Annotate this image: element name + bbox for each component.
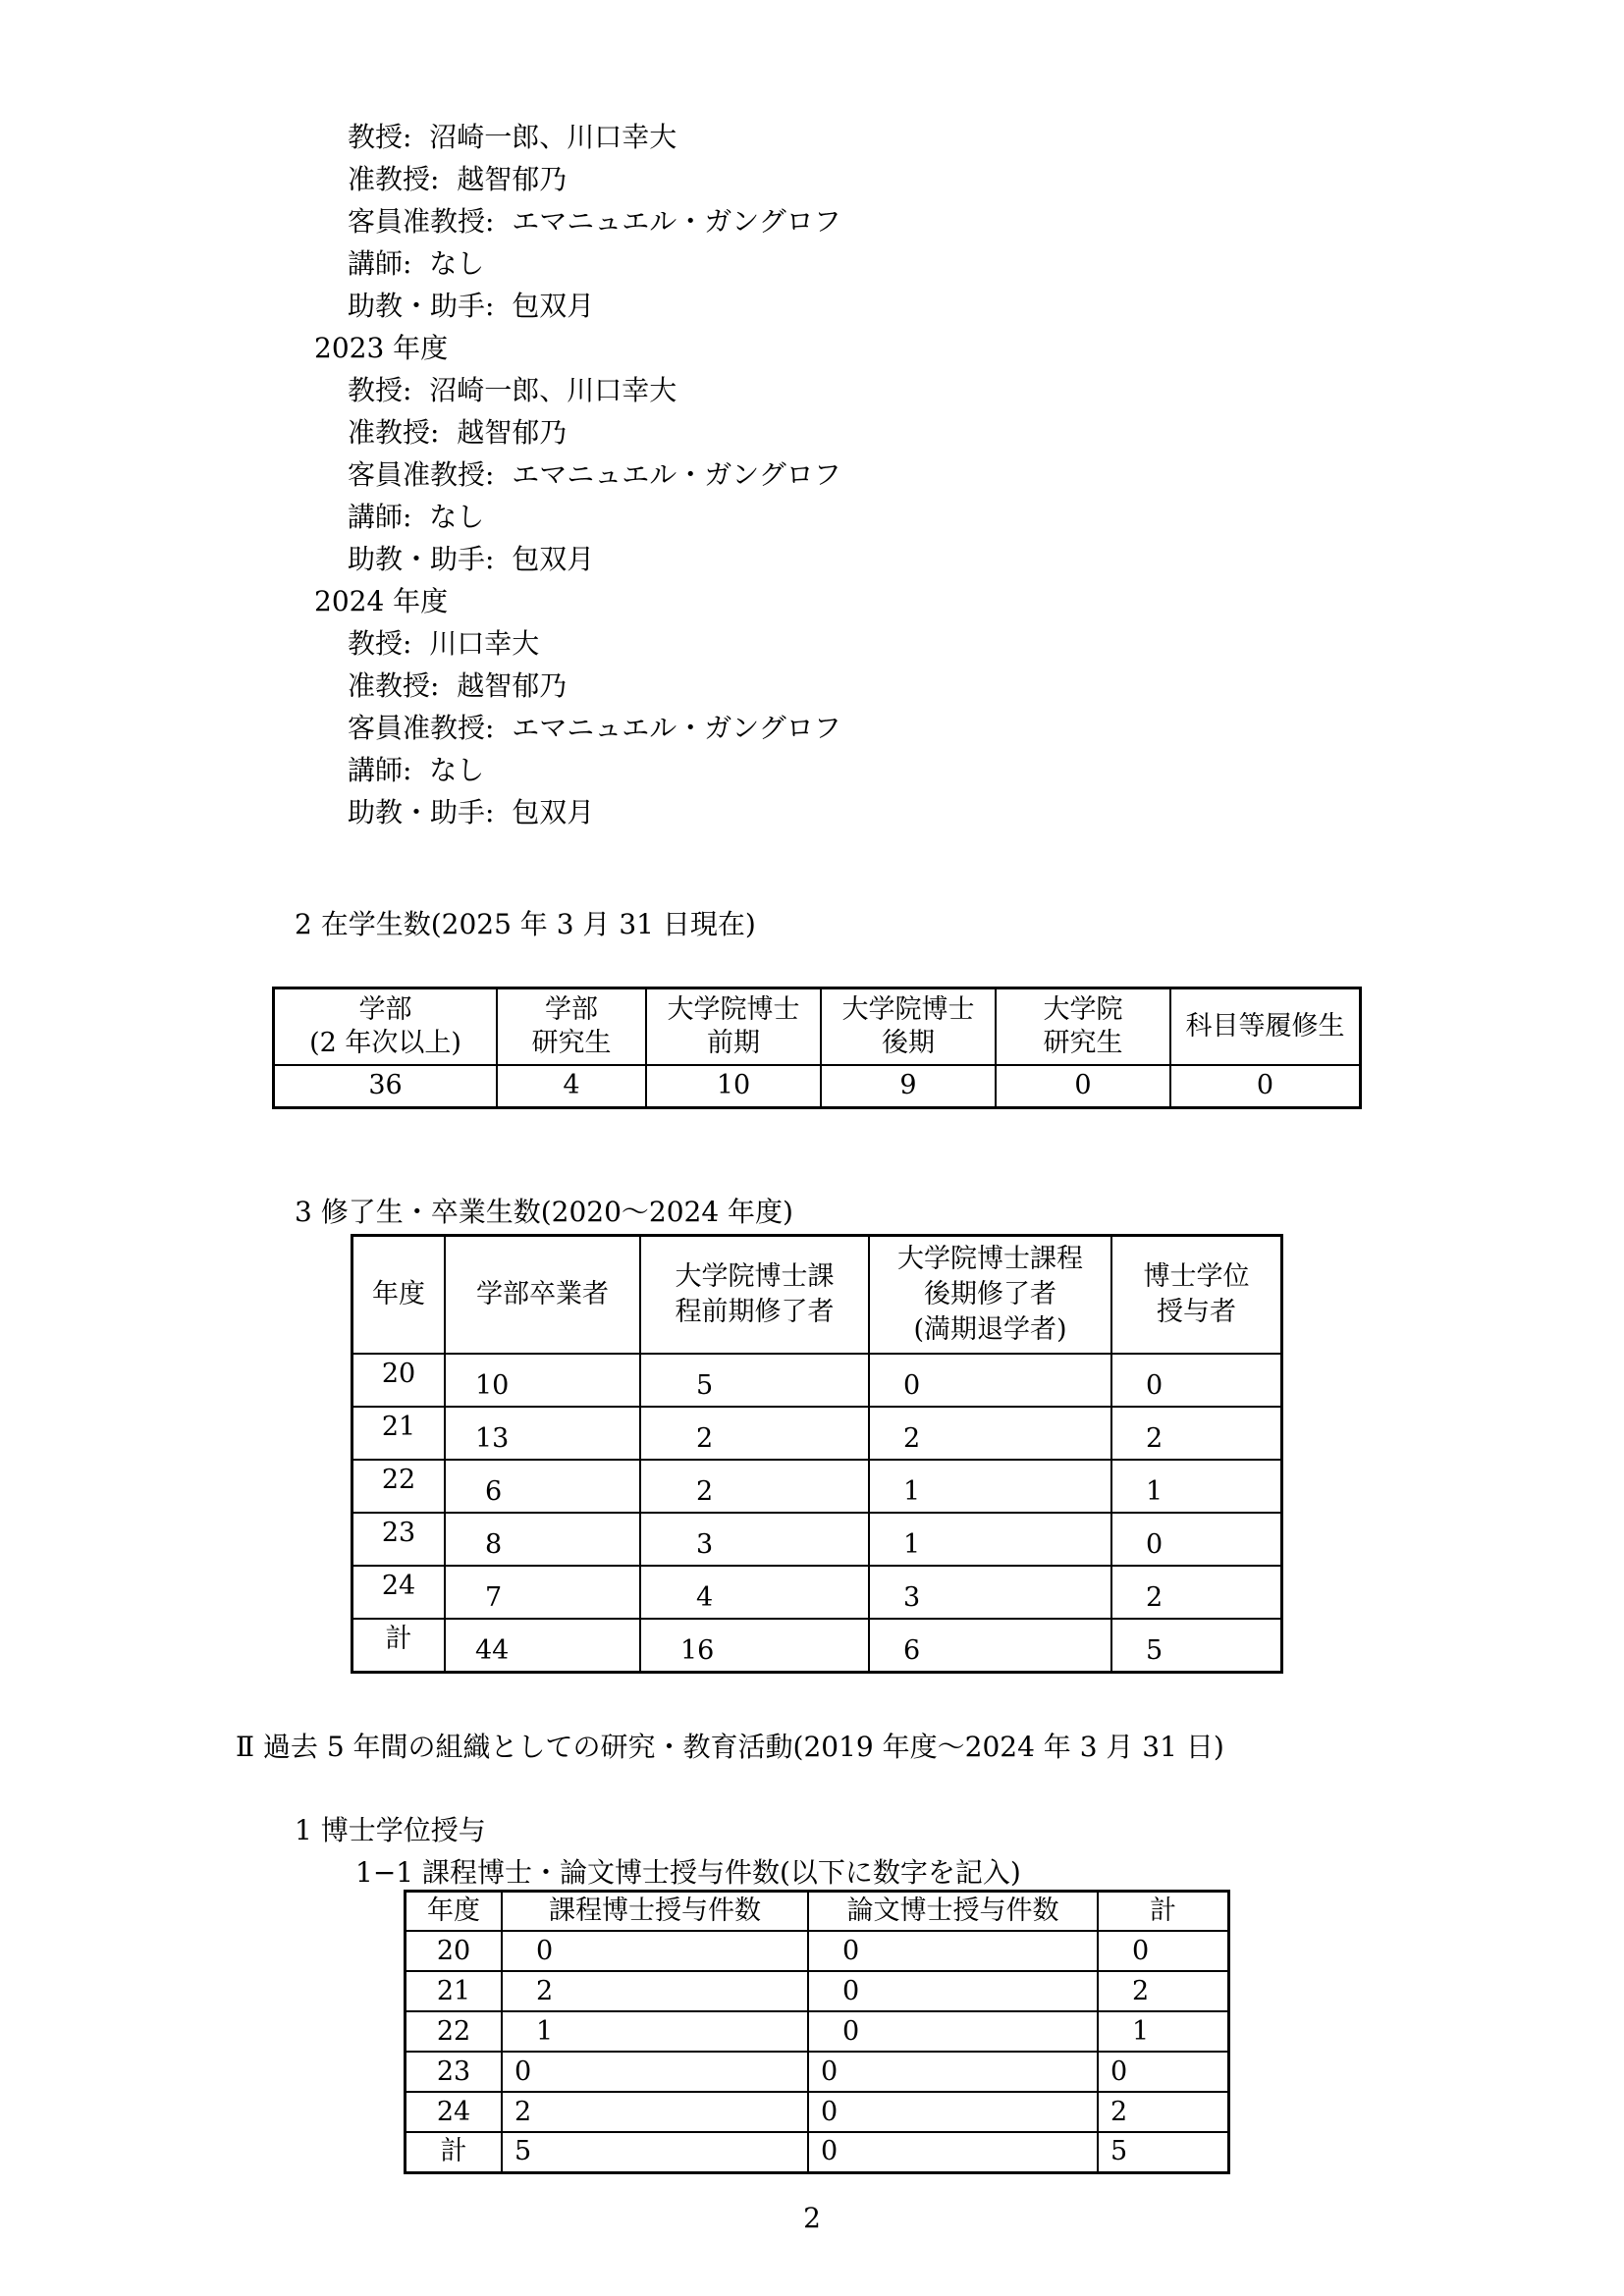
role-label: 助教・助手:: [348, 543, 494, 575]
year-cell: 21: [352, 1407, 446, 1460]
faculty-line: 助教・助手: 包双月: [314, 285, 841, 327]
column-header: 大学院博士前期: [646, 988, 821, 1065]
column-header: 大学院博士課程後期修了者(満期退学者): [869, 1236, 1111, 1354]
year-cell: 23: [352, 1513, 446, 1566]
role-value: エマニュエル・ガングロフ: [512, 205, 840, 238]
role-label: 助教・助手:: [348, 796, 494, 828]
faculty-line: 講師: なし: [314, 749, 841, 791]
role-value: 包双月: [512, 543, 594, 575]
table-cell: 2: [1098, 2092, 1229, 2132]
table-header-row: 年度 学部卒業者 大学院博士課程前期修了者 大学院博士課程後期修了者(満期退学者…: [352, 1236, 1282, 1354]
table-cell: 0: [1098, 2052, 1229, 2092]
table-header-row: 年度 課程博士授与件数 論文博士授与件数 計: [406, 1892, 1229, 1932]
table-cell: 1: [869, 1460, 1111, 1513]
total-label-cell: 計: [352, 1619, 446, 1673]
faculty-line: 講師: なし: [314, 242, 841, 285]
year-cell: 24: [406, 2092, 503, 2132]
faculty-line: 客員准教授: エマニュエル・ガングロフ: [314, 454, 841, 496]
graduates-table: 年度 学部卒業者 大学院博士課程前期修了者 大学院博士課程後期修了者(満期退学者…: [351, 1234, 1283, 1674]
table-cell: 3: [640, 1513, 869, 1566]
role-value: なし: [429, 754, 484, 786]
table-cell: 0: [808, 2092, 1098, 2132]
table-cell: 0: [502, 1931, 808, 1971]
year-heading: 2023 年度: [314, 327, 841, 369]
table-cell: 5: [1098, 2132, 1229, 2172]
role-value: 沼崎一郎、川口幸大: [429, 121, 677, 153]
column-header: 大学院博士後期: [821, 988, 996, 1065]
table-cell: 10: [445, 1354, 640, 1407]
role-label: 客員准教授:: [348, 205, 494, 238]
table-cell: 2: [1098, 1971, 1229, 2011]
table-cell: 13: [445, 1407, 640, 1460]
year-cell: 23: [406, 2052, 503, 2092]
table-cell: 2: [869, 1407, 1111, 1460]
table-cell: 0: [1111, 1354, 1282, 1407]
faculty-list: 教授: 沼崎一郎、川口幸大 准教授: 越智郁乃 客員准教授: エマニュエル・ガン…: [314, 116, 841, 833]
table-row: 20 0 0 0: [406, 1931, 1229, 1971]
table-cell: 2: [502, 2092, 808, 2132]
column-header: 論文博士授与件数: [808, 1892, 1098, 1932]
role-value: エマニュエル・ガングロフ: [512, 712, 840, 744]
role-label: 准教授:: [348, 416, 439, 449]
page-number: 2: [0, 2202, 1624, 2234]
role-value: 包双月: [512, 796, 594, 828]
role-label: 教授:: [348, 121, 411, 153]
faculty-line: 講師: なし: [314, 496, 841, 538]
role-label: 准教授:: [348, 669, 439, 702]
role-value: 川口幸大: [429, 627, 539, 660]
table-row: 24 7 4 3 2: [352, 1566, 1282, 1619]
enrollment-table: 学部(2 年次以上) 学部研究生 大学院博士前期 大学院博士後期 大学院研究生 …: [272, 987, 1362, 1109]
table-cell: 0: [1111, 1513, 1282, 1566]
role-label: 客員准教授:: [348, 458, 494, 491]
faculty-line: 教授: 川口幸大: [314, 622, 841, 665]
role-label: 教授:: [348, 374, 411, 406]
table-cell: 36: [274, 1065, 498, 1108]
role-value: 越智郁乃: [457, 416, 567, 449]
table-row: 23 0 0 0: [406, 2052, 1229, 2092]
column-header: 大学院博士課程前期修了者: [640, 1236, 869, 1354]
column-header: 学部卒業者: [445, 1236, 640, 1354]
table-cell: 0: [1170, 1065, 1361, 1108]
faculty-line: 助教・助手: 包双月: [314, 791, 841, 833]
table-cell: 5: [502, 2132, 808, 2172]
year-cell: 24: [352, 1566, 446, 1619]
column-header: 計: [1098, 1892, 1229, 1932]
doctoral-degrees-table: 年度 課程博士授与件数 論文博士授与件数 計 20 0 0 0 21 2 0 2…: [404, 1890, 1230, 2174]
column-header: 科目等履修生: [1170, 988, 1361, 1065]
year-cell: 22: [406, 2011, 503, 2052]
column-header: 学部研究生: [497, 988, 646, 1065]
table-cell: 0: [808, 1931, 1098, 1971]
role-value: 越智郁乃: [457, 669, 567, 702]
table-cell: 6: [445, 1460, 640, 1513]
year-cell: 20: [352, 1354, 446, 1407]
role-label: 客員准教授:: [348, 712, 494, 744]
table-row: 24 2 0 2: [406, 2092, 1229, 2132]
faculty-line: 准教授: 越智郁乃: [314, 411, 841, 454]
table-cell: 16: [640, 1619, 869, 1673]
table-cell: 2: [640, 1407, 869, 1460]
table-cell: 9: [821, 1065, 996, 1108]
table-cell: 2: [1111, 1407, 1282, 1460]
table-cell: 5: [640, 1354, 869, 1407]
table-header-row: 学部(2 年次以上) 学部研究生 大学院博士前期 大学院博士後期 大学院研究生 …: [274, 988, 1361, 1065]
table-cell: 1: [869, 1513, 1111, 1566]
year-cell: 21: [406, 1971, 503, 2011]
column-header: 博士学位授与者: [1111, 1236, 1282, 1354]
role-label: 教授:: [348, 627, 411, 660]
year-cell: 22: [352, 1460, 446, 1513]
faculty-line: 教授: 沼崎一郎、川口幸大: [314, 369, 841, 411]
table-cell: 0: [808, 2052, 1098, 2092]
table-row-total: 計 44 16 6 5: [352, 1619, 1282, 1673]
table-cell: 7: [445, 1566, 640, 1619]
role-value: なし: [429, 247, 484, 280]
subsection-heading-1-1: 1−1 課程博士・論文博士授与件数(以下に数字を記入): [355, 1853, 1021, 1893]
column-header: 年度: [406, 1892, 503, 1932]
role-label: 准教授:: [348, 163, 439, 195]
table-cell: 2: [640, 1460, 869, 1513]
section-heading-graduates: 3 修了生・卒業生数(2020～2024 年度): [295, 1193, 793, 1232]
table-cell: 10: [646, 1065, 821, 1108]
role-label: 助教・助手:: [348, 290, 494, 322]
column-header: 課程博士授与件数: [502, 1892, 808, 1932]
table-cell: 2: [1111, 1566, 1282, 1619]
column-header: 年度: [352, 1236, 446, 1354]
faculty-line: 教授: 沼崎一郎、川口幸大: [314, 116, 841, 158]
table-cell: 0: [869, 1354, 1111, 1407]
faculty-line: 客員准教授: エマニュエル・ガングロフ: [314, 707, 841, 749]
table-cell: 1: [1111, 1460, 1282, 1513]
table-row: 23 8 3 1 0: [352, 1513, 1282, 1566]
subsection-heading-doctoral: 1 博士学位授与: [295, 1811, 486, 1850]
table-cell: 3: [869, 1566, 1111, 1619]
table-cell: 0: [808, 2132, 1098, 2172]
table-cell: 4: [640, 1566, 869, 1619]
faculty-line: 准教授: 越智郁乃: [314, 665, 841, 707]
year-cell: 20: [406, 1931, 503, 1971]
table-cell: 5: [1111, 1619, 1282, 1673]
table-row: 36 4 10 9 0 0: [274, 1065, 1361, 1108]
faculty-line: 准教授: 越智郁乃: [314, 158, 841, 200]
role-label: 講師:: [348, 754, 411, 786]
table-cell: 1: [1098, 2011, 1229, 2052]
table-row: 22 1 0 1: [406, 2011, 1229, 2052]
table-cell: 0: [808, 1971, 1098, 2011]
table-cell: 0: [808, 2011, 1098, 2052]
faculty-line: 客員准教授: エマニュエル・ガングロフ: [314, 200, 841, 242]
section-heading-enrollment: 2 在学生数(2025 年 3 月 31 日現在): [295, 905, 756, 944]
role-value: 越智郁乃: [457, 163, 567, 195]
table-cell: 2: [502, 1971, 808, 2011]
total-label-cell: 計: [406, 2132, 503, 2172]
column-header: 学部(2 年次以上): [274, 988, 498, 1065]
table-row: 22 6 2 1 1: [352, 1460, 1282, 1513]
role-value: エマニュエル・ガングロフ: [512, 458, 840, 491]
role-value: なし: [429, 501, 484, 533]
section-heading-II: Ⅱ 過去 5 年間の組織としての研究・教育活動(2019 年度～2024 年 3…: [236, 1728, 1224, 1767]
table-cell: 0: [502, 2052, 808, 2092]
role-value: 包双月: [512, 290, 594, 322]
table-cell: 4: [497, 1065, 646, 1108]
table-cell: 1: [502, 2011, 808, 2052]
role-label: 講師:: [348, 501, 411, 533]
table-cell: 6: [869, 1619, 1111, 1673]
year-heading: 2024 年度: [314, 580, 841, 622]
column-header: 大学院研究生: [996, 988, 1170, 1065]
table-cell: 44: [445, 1619, 640, 1673]
table-cell: 0: [1098, 1931, 1229, 1971]
table-row: 21 2 0 2: [406, 1971, 1229, 2011]
table-cell: 0: [996, 1065, 1170, 1108]
faculty-line: 助教・助手: 包双月: [314, 538, 841, 580]
table-row-total: 計 5 0 5: [406, 2132, 1229, 2172]
table-cell: 8: [445, 1513, 640, 1566]
table-row: 20 10 5 0 0: [352, 1354, 1282, 1407]
role-value: 沼崎一郎、川口幸大: [429, 374, 677, 406]
table-row: 21 13 2 2 2: [352, 1407, 1282, 1460]
role-label: 講師:: [348, 247, 411, 280]
